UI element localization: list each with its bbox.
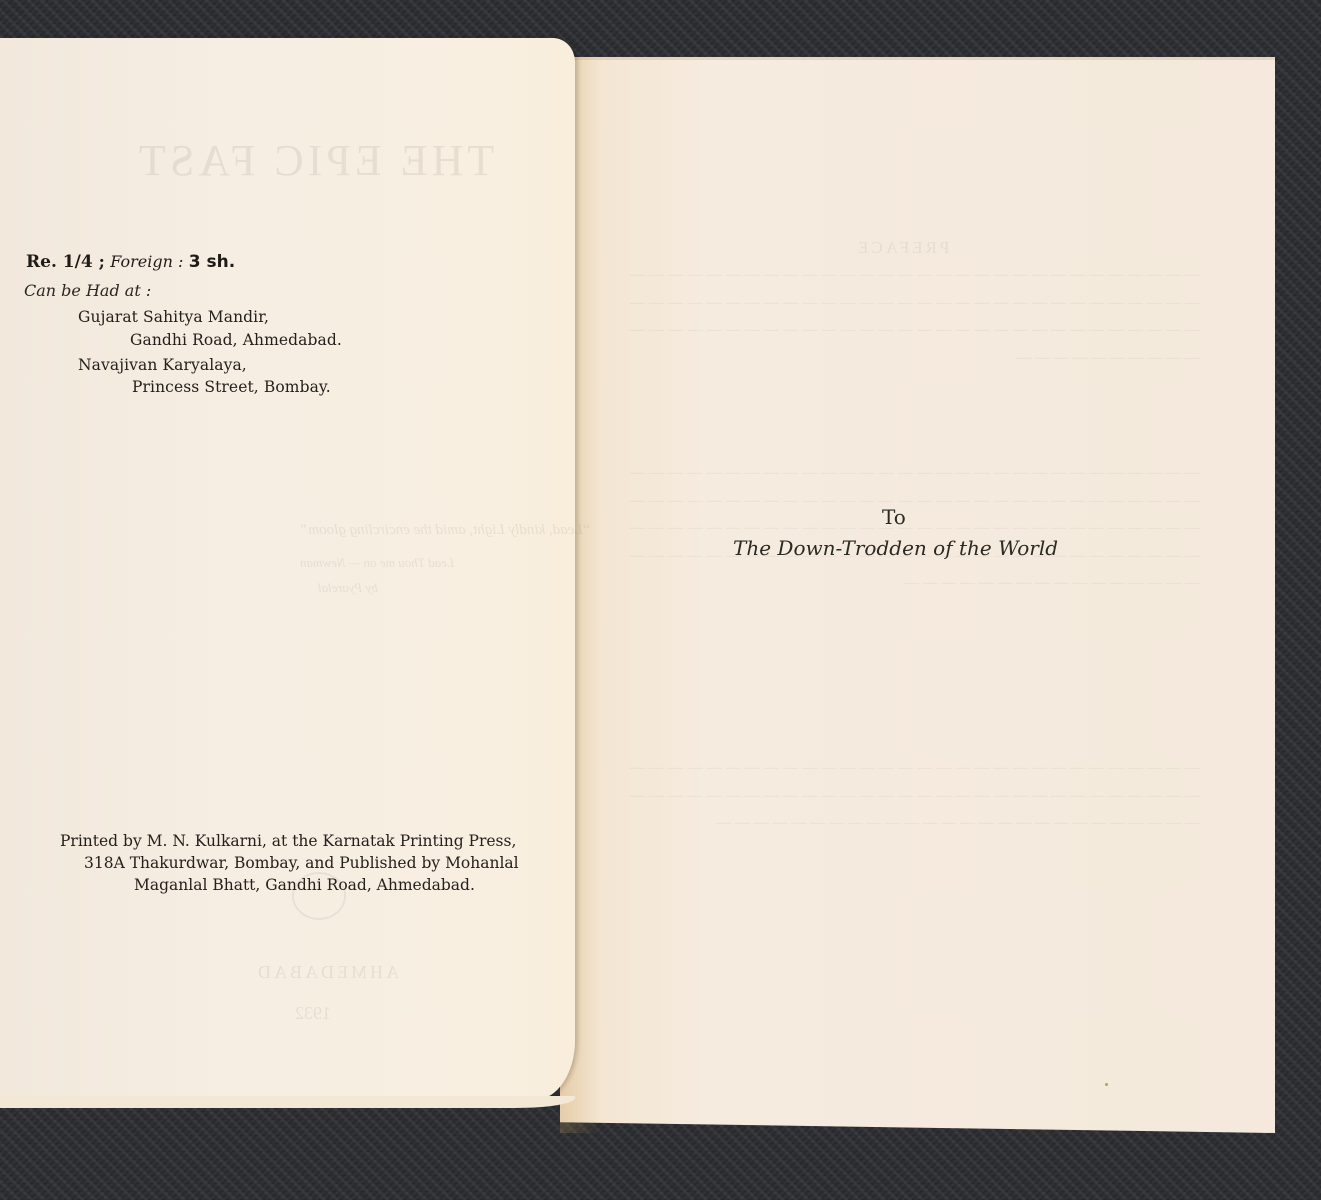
paper-speck (1105, 1083, 1108, 1086)
bleed-through-city: AHMEDABAD (255, 962, 399, 983)
price-line: Re. 1/4 ; Foreign : 3 sh. (26, 252, 235, 272)
dedication-text: The Down-Trodden of the World (733, 536, 1058, 560)
imprint-line: Maganlal Bhatt, Gandhi Road, Ahmedabad. (60, 874, 560, 896)
bleed-through-line: Lead Thou me on — Newman (300, 555, 454, 571)
address-street: Princess Street, Bombay. (132, 378, 331, 396)
bleed-through-year: 1932 (295, 1003, 331, 1024)
bleed-through-paragraph: — — — — — — — — — — — — — — — — — — — — … (630, 460, 1200, 598)
dedication-to: To (882, 505, 906, 529)
page-top-edge (560, 57, 1275, 60)
imprint-line: 318A Thakurdwar, Bombay, and Published b… (60, 852, 560, 874)
address-name: Navajivan Karyalaya, (78, 356, 247, 374)
availability-heading: Can be Had at : (24, 281, 151, 300)
bleed-through-line: by Pyarelal (318, 580, 378, 596)
price-inland: Re. 1/4 ; (26, 252, 105, 272)
address-street: Gandhi Road, Ahmedabad. (130, 331, 342, 349)
bleed-through-heading: PREFACE (855, 238, 949, 258)
address-name: Gujarat Sahitya Mandir, (78, 308, 269, 326)
price-foreign-label: Foreign : (110, 252, 183, 271)
left-page (0, 38, 575, 1100)
bleed-through-paragraph: — — — — — — — — — — — — — — — — — — — — … (630, 262, 1200, 372)
imprint-block: Printed by M. N. Kulkarni, at the Karnat… (60, 830, 560, 896)
imprint-line: Printed by M. N. Kulkarni, at the Karnat… (60, 830, 560, 852)
bleed-through-title: THE EPIC FAST (135, 135, 494, 186)
bleed-through-line: “Lead, kindly Light, amid the encircling… (300, 522, 591, 539)
price-foreign-value: 3 sh. (189, 252, 235, 272)
bleed-through-paragraph: — — — — — — — — — — — — — — — — — — — — … (630, 755, 1200, 838)
